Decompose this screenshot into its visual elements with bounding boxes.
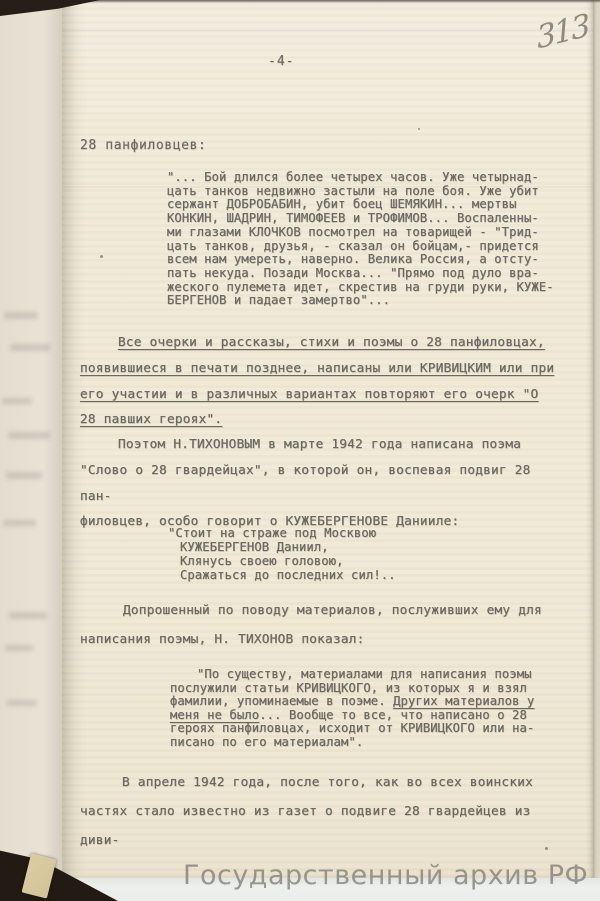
bleed-through-mark [6, 472, 42, 479]
tikhonov-paragraph: Поэтом Н.ТИХОНОВЫМ в марте 1942 года нап… [80, 432, 558, 535]
underlined-paragraph: Все очерки и рассказы, стихи и поэмы о 2… [80, 330, 558, 433]
testimony-quote-block: "По существу, материалами для написания … [170, 668, 570, 749]
bleed-through-mark [9, 612, 47, 619]
bleed-through-mark [2, 398, 32, 404]
bleed-through-mark [7, 700, 37, 706]
archive-watermark: Государственный архив РФ [183, 860, 588, 891]
combat-quote-block: "... Бой длился более четырех часов. Уже… [167, 171, 567, 308]
bleed-through-mark [5, 645, 33, 651]
bleed-through-mark [8, 432, 50, 439]
bleed-through-mark [3, 520, 36, 526]
page-right-edge [593, 0, 600, 880]
dust-speck [418, 128, 420, 130]
bleed-through-mark [4, 312, 38, 319]
bleed-through-mark [10, 344, 50, 351]
interrogation-paragraph: Допрошенный по поводу материалов, послуж… [80, 596, 558, 654]
paper-crease [62, 30, 593, 32]
scanned-archive-page: 313 -4- 28 панфиловцев: "... Бой длился … [0, 0, 600, 901]
dust-speck [545, 847, 548, 850]
document-heading: 28 панфиловцев: [80, 138, 206, 153]
dust-speck [100, 255, 103, 258]
page-number: -4- [268, 54, 294, 69]
april-paragraph: В апреле 1942 года, после того, как во в… [80, 768, 558, 855]
verse-quote-block: "Стоит на страже под Москвою КУЖЕБЕРГЕНО… [168, 526, 580, 582]
underlined-paragraph-text: Все очерки и рассказы, стихи и поэмы о 2… [80, 335, 554, 427]
